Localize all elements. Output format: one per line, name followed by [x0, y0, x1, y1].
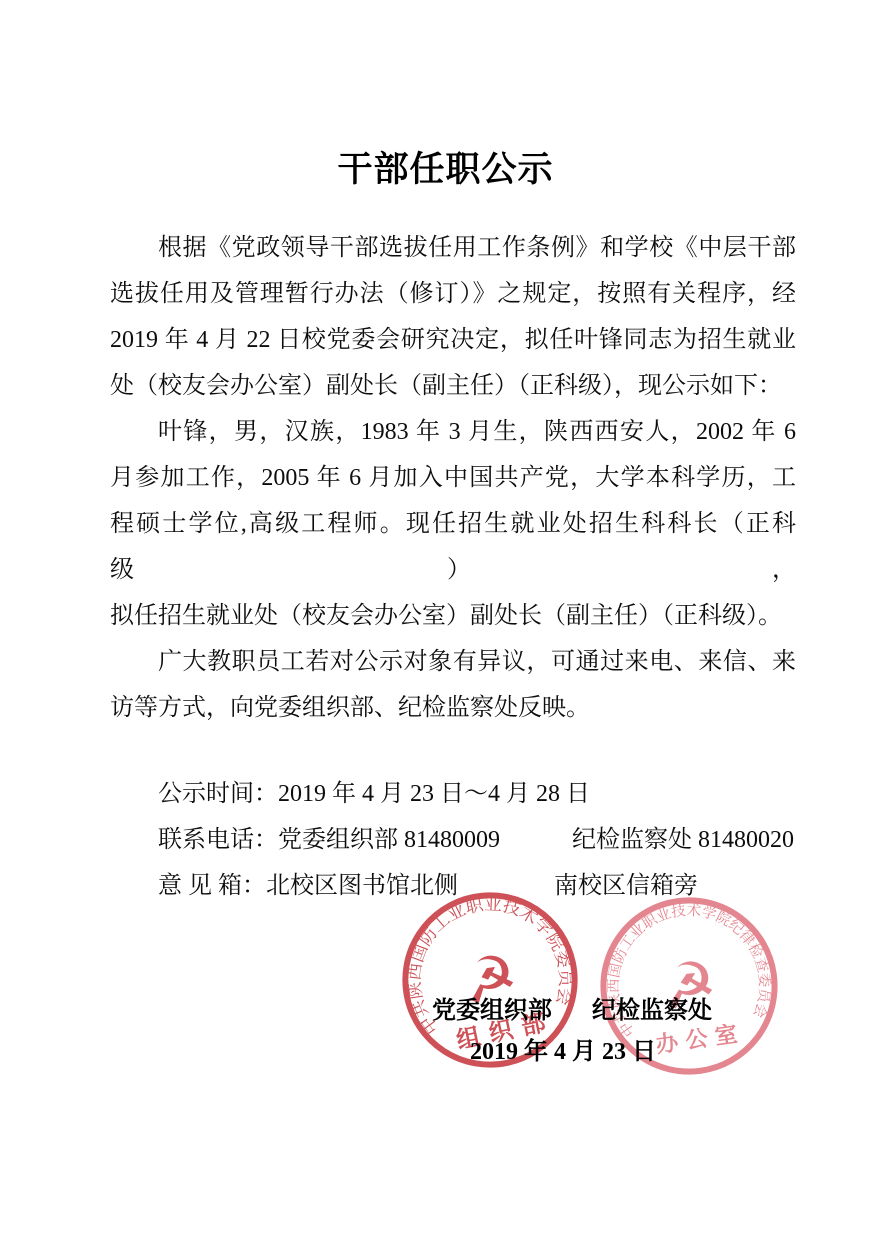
document-title: 干部任职公示 — [0, 146, 891, 194]
paragraph-2: 叶锋，男，汉族，1983 年 3 月生，陕西西安人，2002 年 6 月参加工作… — [110, 409, 796, 639]
document-page: 干部任职公示 根据《党政领导干部选拔任用工作条例》和学校《中层干部 选拔任用及管… — [0, 0, 891, 1238]
contact-info: 公示时间：2019 年 4 月 23 日～4 月 28 日 联系电话：党委组织部… — [110, 771, 796, 909]
paragraph-1: 根据《党政领导干部选拔任用工作条例》和学校《中层干部 选拔任用及管理暂行办法（修… — [110, 225, 796, 409]
paragraph-line: 叶锋，男，汉族，1983 年 3 月生，陕西西安人，2002 年 6 — [110, 409, 796, 455]
publicity-period-line: 公示时间：2019 年 4 月 23 日～4 月 28 日 — [110, 771, 796, 817]
signature-date: 2019 年 4 月 23 日 — [470, 1031, 656, 1066]
paragraph-3: 广大教职员工若对公示对象有异议，可通过来电、来信、来 访等方式，向党委组织部、纪… — [110, 639, 796, 731]
paragraph-line: 广大教职员工若对公示对象有异议，可通过来电、来信、来 — [110, 639, 796, 685]
signature-dept-discipline: 纪检监察处 — [592, 998, 712, 1024]
paragraph-line: 拟任招生就业处（校友会办公室）副处长（副主任）（正科级）。 — [110, 593, 796, 639]
paragraph-line: 处（校友会办公室）副处长（副主任）（正科级），现公示如下： — [110, 363, 796, 409]
document-body: 根据《党政领导干部选拔任用工作条例》和学校《中层干部 选拔任用及管理暂行办法（修… — [110, 225, 796, 909]
signature-departments: 党委组织部纪检监察处 — [432, 990, 712, 1025]
signature-dept-organization: 党委组织部 — [432, 998, 552, 1024]
paragraph-line: 月参加工作，2005 年 6 月加入中国共产党，大学本科学历，工 — [110, 455, 796, 501]
paragraph-line: 选拔任用及管理暂行办法（修订）》之规定，按照有关程序，经 — [110, 271, 796, 317]
paragraph-line: 2019 年 4 月 22 日校党委会研究决定，拟任叶锋同志为招生就业 — [110, 317, 796, 363]
contact-phone-line: 联系电话：党委组织部 81480009 纪检监察处 81480020 — [110, 817, 796, 863]
paragraph-line: 根据《党政领导干部选拔任用工作条例》和学校《中层干部 — [110, 225, 796, 271]
paragraph-line: 访等方式，向党委组织部、纪检监察处反映。 — [110, 685, 796, 731]
paragraph-line: 程硕士学位,高级工程师。现任招生就业处招生科科长（正科级）， — [110, 501, 796, 593]
